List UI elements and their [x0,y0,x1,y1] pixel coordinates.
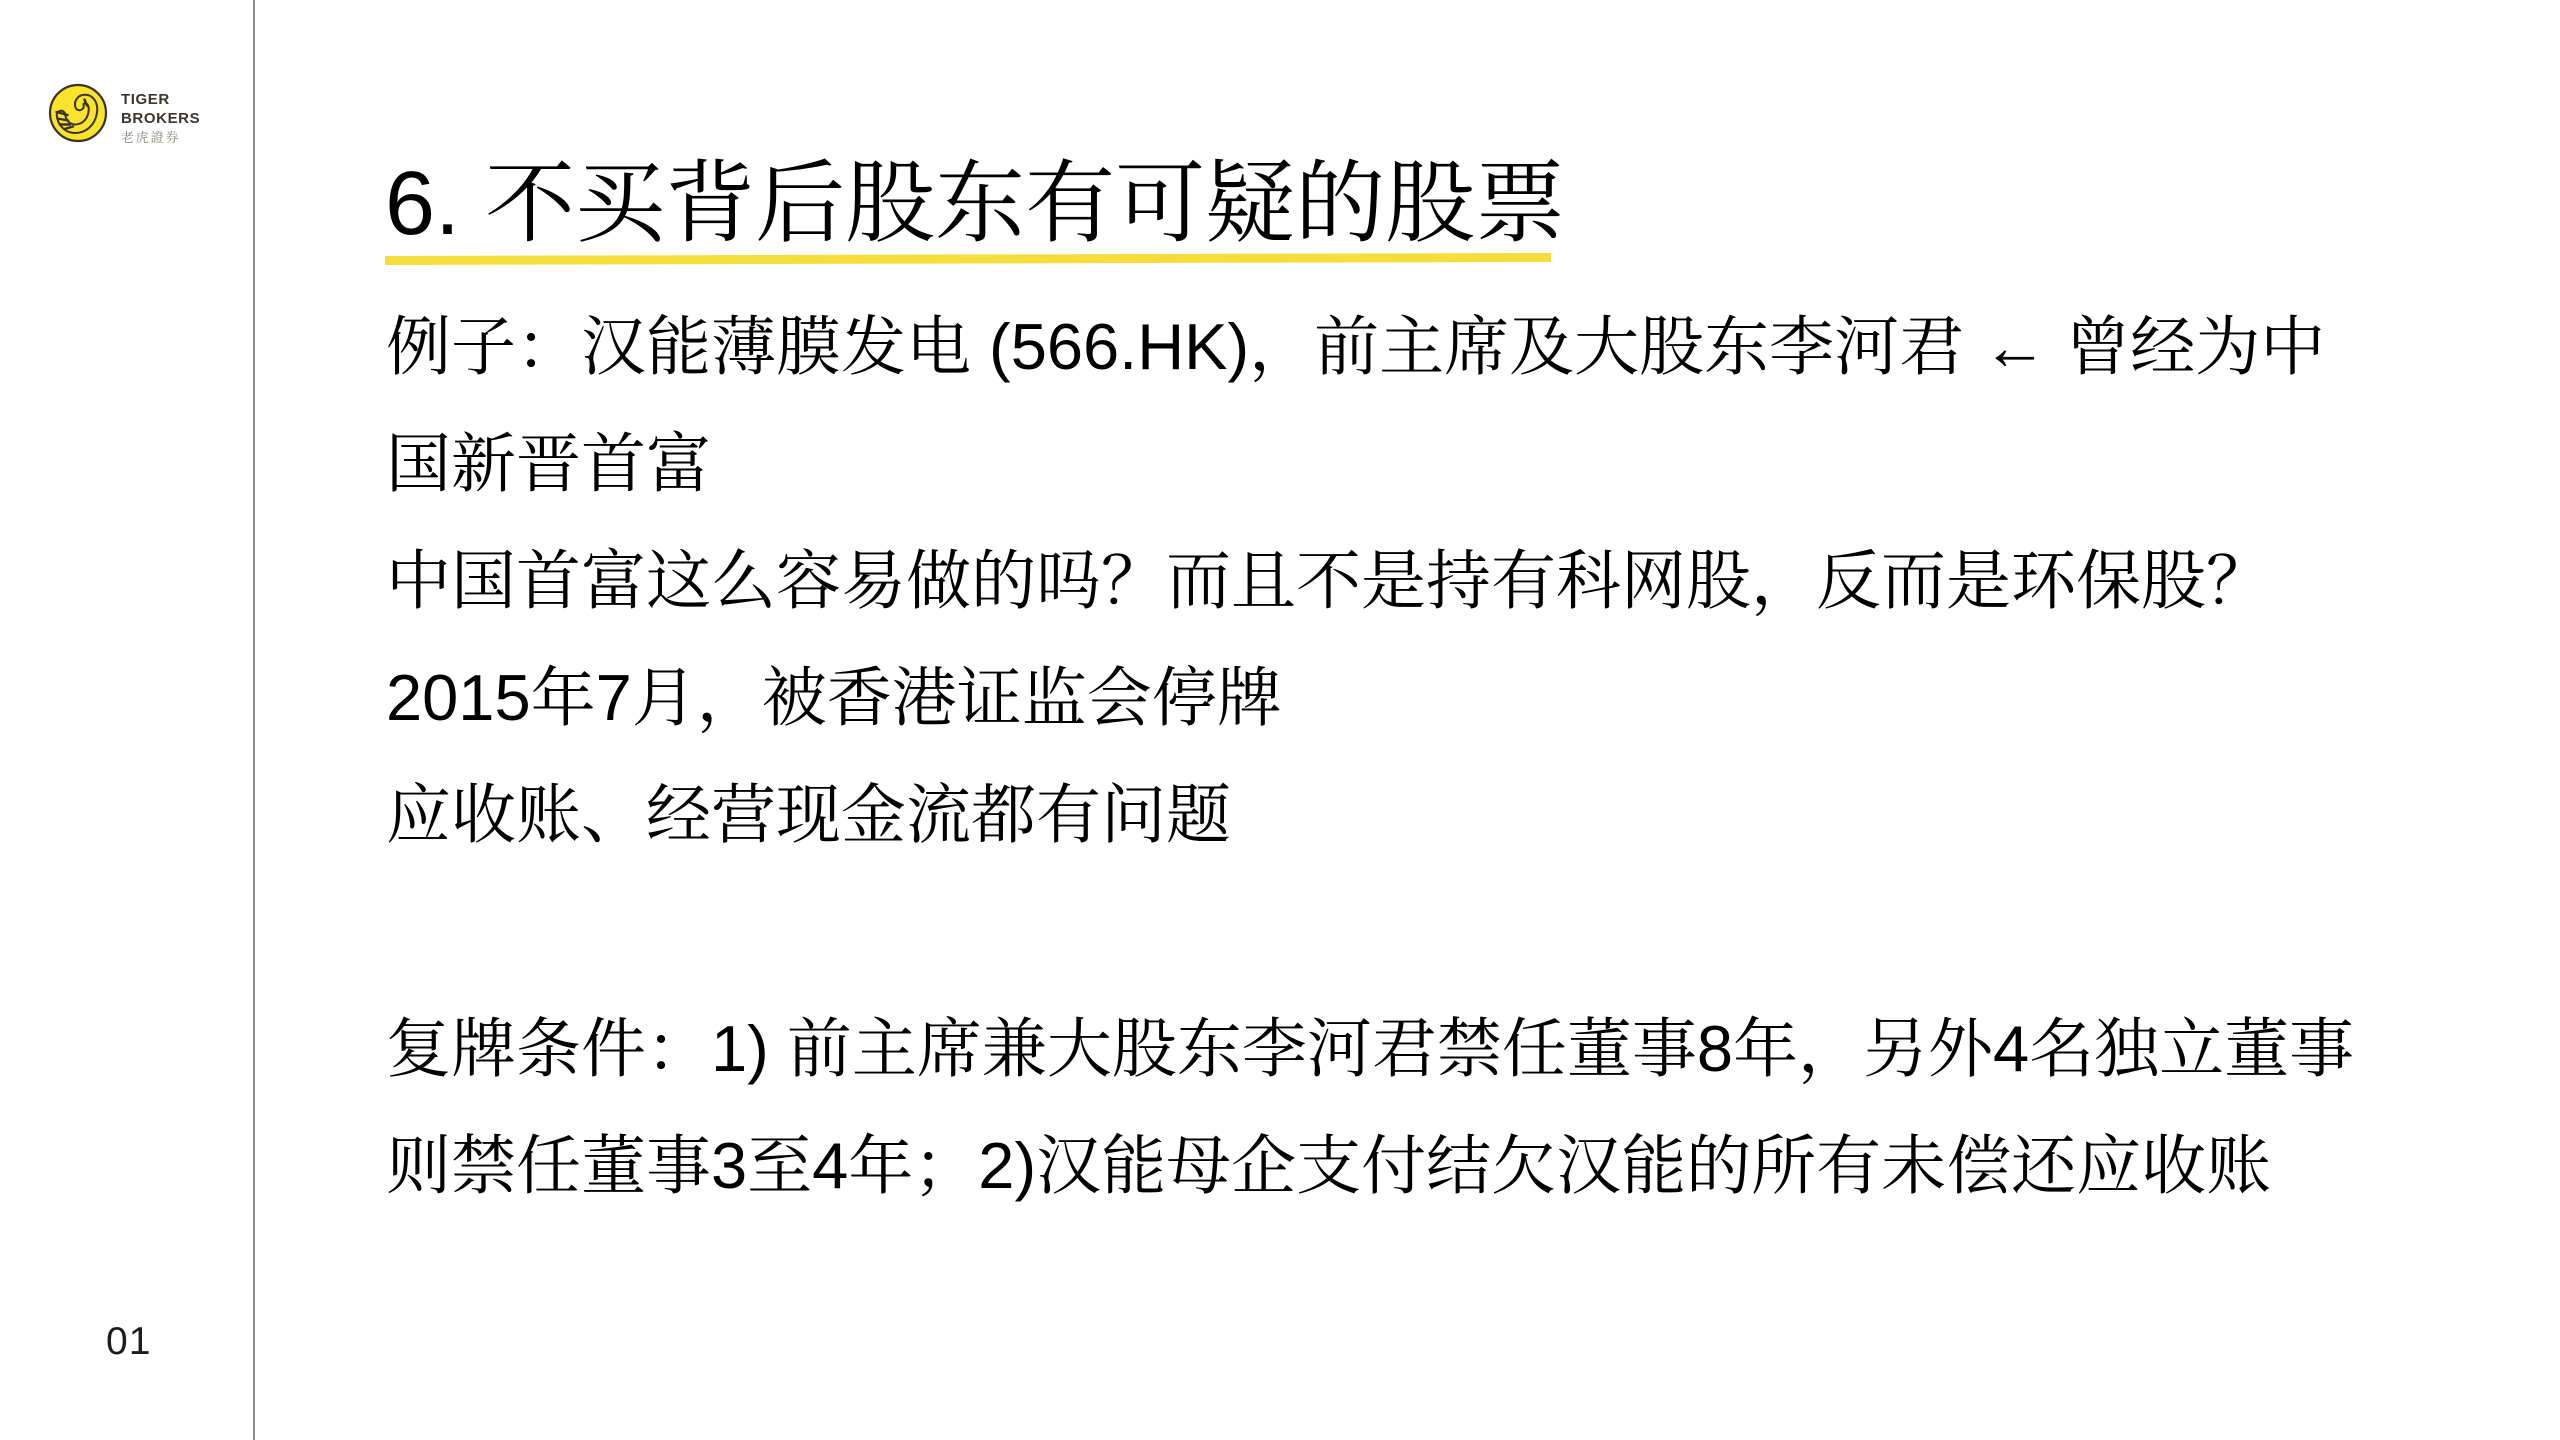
slide-body: 例子：汉能薄膜发电 (566.HK)，前主席及大股东李河君 ← 曾经为中 国新晋… [386,288,2506,1224]
slide-canvas: TIGER BROKERS 老虎證券 6. 不买背后股东有可疑的股票 例子：汉能… [0,0,2560,1440]
vertical-divider [253,0,255,1440]
body-text-line: 2015年7月，被香港证监会停牌 [386,639,2506,756]
brand-name-line1: TIGER [121,90,200,109]
body-text-line: 复牌条件：1) 前主席兼大股东李河君禁任董事8年，另外4名独立董事 [386,990,2506,1107]
title-underline [385,253,1551,265]
page-number: 01 [106,1320,151,1364]
body-text-line: 国新晋首富 [386,405,2506,522]
brand-name-chinese: 老虎證券 [121,130,200,145]
brand-text: TIGER BROKERS 老虎證券 [121,90,200,145]
body-text-line: 应收账、经营现金流都有问题 [386,756,2506,873]
body-text-line: 则禁任董事3至4年；2)汉能母企支付结欠汉能的所有未偿还应收账 [386,1107,2506,1224]
body-text-blank-line [386,873,2506,990]
body-text-line: 例子：汉能薄膜发电 (566.HK)，前主席及大股东李河君 ← 曾经为中 [386,288,2506,405]
tiger-brokers-logo-icon [47,82,109,144]
slide-title: 6. 不买背后股东有可疑的股票 [385,150,1565,258]
body-text-line: 中国首富这么容易做的吗？而且不是持有科网股，反而是环保股？ [386,522,2506,639]
brand-name-line2: BROKERS [121,109,200,128]
